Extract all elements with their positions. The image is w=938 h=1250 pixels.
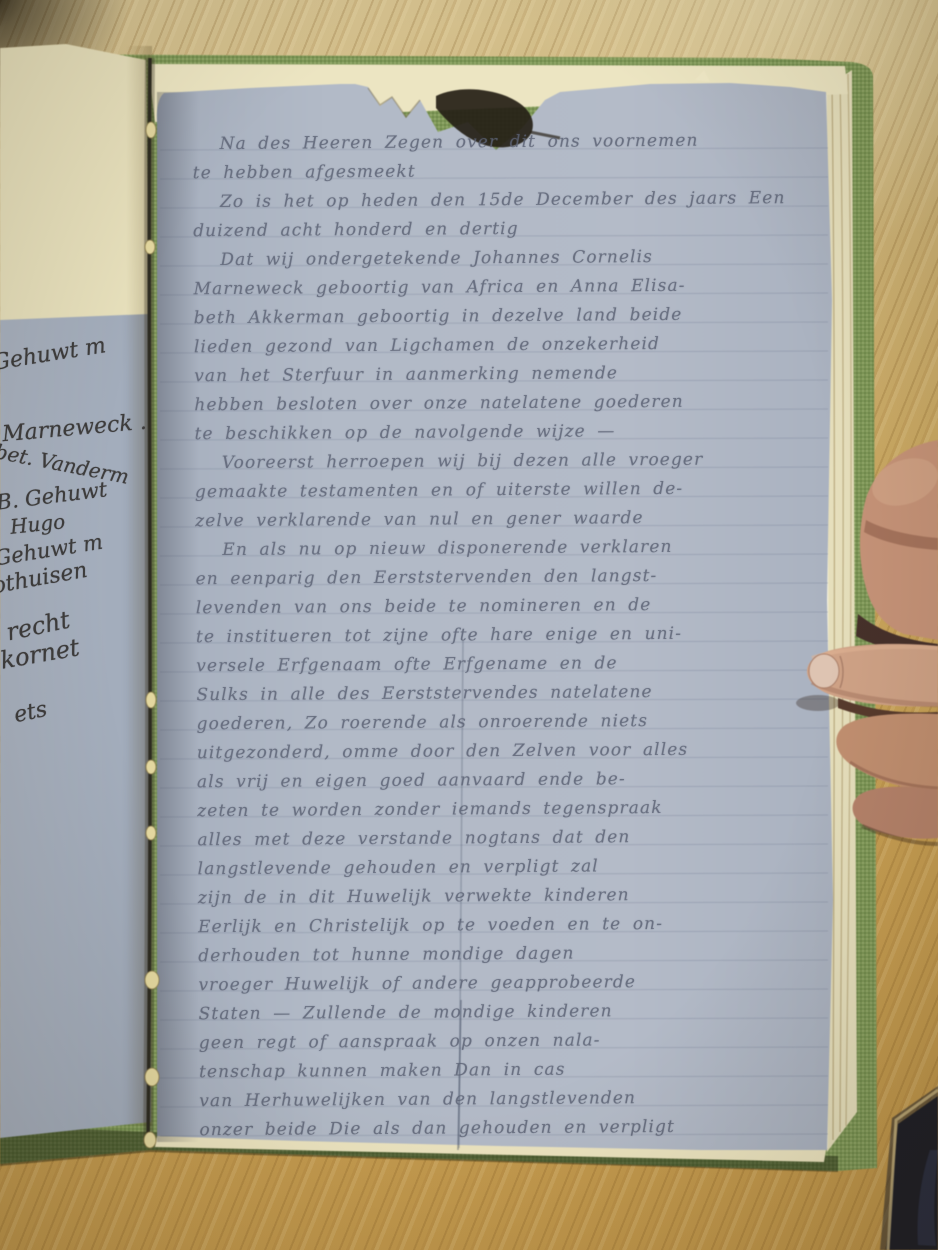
handwriting-line: vroeger Huwelijk of andere geapprobeerde (198, 967, 838, 1000)
photo-scene: Na des Heeren Zegen over dit ons voornem… (0, 0, 938, 1250)
handwriting-line: Zo is het op heden den 15de December des… (193, 184, 833, 217)
handwriting-line: lieden gezond van Ligchamen de onzekerhe… (194, 329, 834, 362)
handwriting-line: tenschap kunnen maken Dan in cas (199, 1054, 839, 1087)
handwriting-line: Dat wij ondergetekende Johannes Cornelis (193, 242, 833, 275)
handwriting-line: te hebben afgesmeekt (193, 155, 833, 188)
handwriting-line: Sulks in alle des Eerststervendes natela… (196, 677, 836, 710)
handwriting-line: gemaakte testamenten en of uiterste will… (195, 474, 835, 507)
handwriting-line: van Herhuwelijken van den langstlevenden (199, 1083, 839, 1116)
handwriting-line: hebben besloten over onze natelatene goe… (194, 387, 834, 420)
handwriting-line: onzer beide Die als dan gehouden en verp… (199, 1112, 839, 1145)
handwriting-line: Na des Heeren Zegen over dit ons voornem… (192, 126, 832, 159)
handwriting-line: te beschikken op de navolgende wijze — (194, 416, 834, 449)
handwriting-line: derhouden tot hunne mondige dagen (198, 938, 838, 971)
table-edge-shadow (880, 1086, 938, 1250)
handwriting-line: zelve verklarende van nul en gener waard… (195, 503, 835, 536)
handwriting-line: alles met deze verstande nogtans dat den (197, 822, 837, 855)
handwriting-line: En als nu op nieuw disponerende verklare… (195, 532, 835, 565)
handwriting-line: Vooreerst herroepen wij bij dezen alle v… (195, 445, 835, 478)
right-page-text: Na des Heeren Zegen over dit ons voornem… (192, 126, 839, 1145)
handwriting-line: van het Sterfuur in aanmerking nemende (194, 358, 834, 391)
handwriting-line: zijn de in dit Huwelijk verwekte kindere… (198, 880, 838, 913)
handwriting-line: Marneweck geboortig van Africa en Anna E… (193, 271, 833, 304)
handwriting-line: duizend acht honderd en dertig (193, 213, 833, 246)
handwriting-line: en eenparig den Eerststervenden den lang… (196, 561, 836, 594)
handwriting-line: versele Erfgenaam ofte Erfgename en de (196, 648, 836, 681)
handwriting-line: Staten — Zullende de mondige kinderen (199, 996, 839, 1029)
handwriting-line: te institueren tot zijne ofte hare enige… (196, 619, 836, 652)
handwriting-line: uitgezonderd, omme door den Zelven voor … (197, 735, 837, 768)
handwriting-line: Eerlijk en Christelijk op te voeden en t… (198, 909, 838, 942)
handwriting-line: beth Akkerman geboortig in dezelve land … (194, 300, 834, 333)
handwriting-line: langstlevende gehouden en verpligt zal (198, 851, 838, 884)
handwriting-line: levenden van ons beide te nomineren en d… (196, 590, 836, 623)
handwriting-line: als vrij en eigen goed aanvaard ende be- (197, 764, 837, 797)
handwriting-line: goederen, Zo roerende als onroerende nie… (197, 706, 837, 739)
handwriting-line: geen regt of aanspraak op onzen nala- (199, 1025, 839, 1058)
handwriting-line: zeten te worden zonder iemands tegenspra… (197, 793, 837, 826)
